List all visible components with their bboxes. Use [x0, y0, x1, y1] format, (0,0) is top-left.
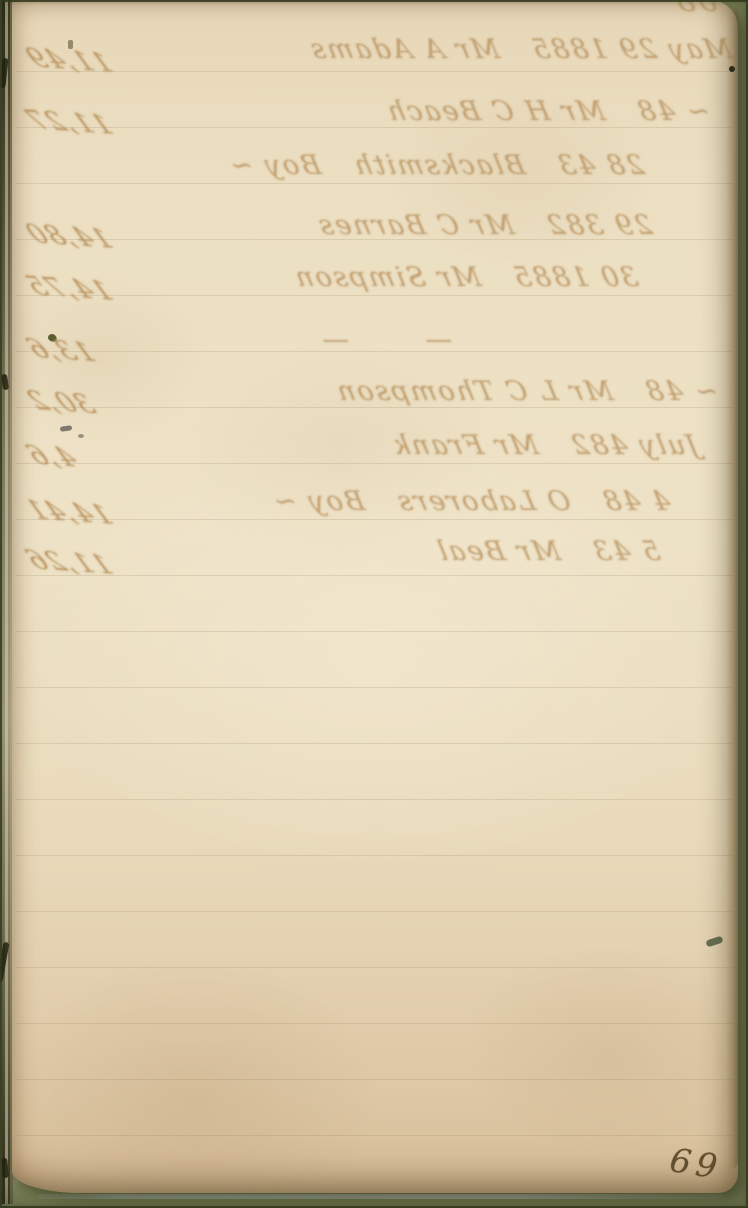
bleed-entry-text: ~ 48 Mr L C Thompson: [332, 376, 721, 407]
page-number: 69: [667, 1140, 724, 1187]
bleed-amount: 13,6: [20, 334, 101, 368]
bleed-entry-text: 30 1885 Mr Simpson: [291, 262, 642, 293]
bleed-through-row: 29 382 Mr C Barnes 14,80: [14, 210, 732, 252]
bleed-through-row: ~ 48 Mr L C Thompson 30,2: [14, 376, 732, 418]
bleed-entry-text: 4 48 O Laborers Boy ~: [269, 486, 674, 517]
bleed-through-row: — — 13,6: [14, 324, 732, 366]
bleed-amount: 11,26: [20, 545, 119, 580]
bleed-entry-text: July 482 Mr Frank: [388, 430, 701, 461]
bleed-amount: 4,6: [21, 440, 84, 473]
ink-speck: [48, 334, 56, 341]
bleed-through-row: July 482 Mr Frank 4,6: [14, 430, 732, 472]
paper-aging-stains: [12, 0, 738, 1193]
bleed-entry-text: ~ 48 Mr H C Beach: [382, 96, 713, 127]
page-right-edge-shading: [727, 4, 738, 1169]
bleed-entry-text: 28 43 Blacksmith Boy ~: [225, 150, 647, 181]
bleed-corner-page-number: 68: [666, 0, 722, 19]
notebook-page: 68 May 29 1885 Mr A Adams 11,49 ~ 48 Mr …: [12, 0, 738, 1193]
ruled-lines: [16, 16, 734, 1142]
bleed-entry-text: 29 382 Mr C Barnes: [314, 210, 655, 241]
ink-speck: [60, 425, 73, 432]
bleed-amount: 11,27: [20, 105, 119, 140]
bleed-amount: 14,41: [20, 495, 119, 530]
ink-speck: [78, 434, 84, 438]
bleed-amount: 30,2: [20, 386, 101, 420]
bleed-through-row: 30 1885 Mr Simpson 14,75: [14, 262, 732, 304]
bleed-through-row: 28 43 Blacksmith Boy ~: [14, 150, 732, 181]
ink-speck: [68, 40, 73, 49]
bleed-through-row: 4 48 O Laborers Boy ~ 14,41: [14, 486, 732, 528]
bleed-through-row: 5 43 Mr Beal 11,26: [14, 536, 732, 578]
underlying-page-edge: [38, 1194, 722, 1199]
bleed-entry-text: 5 43 Mr Beal: [433, 536, 663, 567]
bleed-amount: 14,80: [20, 219, 119, 254]
bleed-through-row: May 29 1885 Mr A Adams 11,49: [14, 34, 732, 76]
bleed-layer: 68 May 29 1885 Mr A Adams 11,49 ~ 48 Mr …: [14, 0, 732, 640]
bleed-amount: 14,75: [20, 271, 119, 306]
scanned-notebook-photo: 68 May 29 1885 Mr A Adams 11,49 ~ 48 Mr …: [0, 0, 748, 1208]
ink-speck: [705, 936, 723, 948]
bleed-entry-text: May 29 1885 Mr A Adams: [306, 34, 735, 65]
bleed-through-row: ~ 48 Mr H C Beach 11,27: [14, 96, 732, 138]
ink-speck: [729, 66, 735, 72]
bleed-entry-text: — —: [317, 324, 456, 355]
